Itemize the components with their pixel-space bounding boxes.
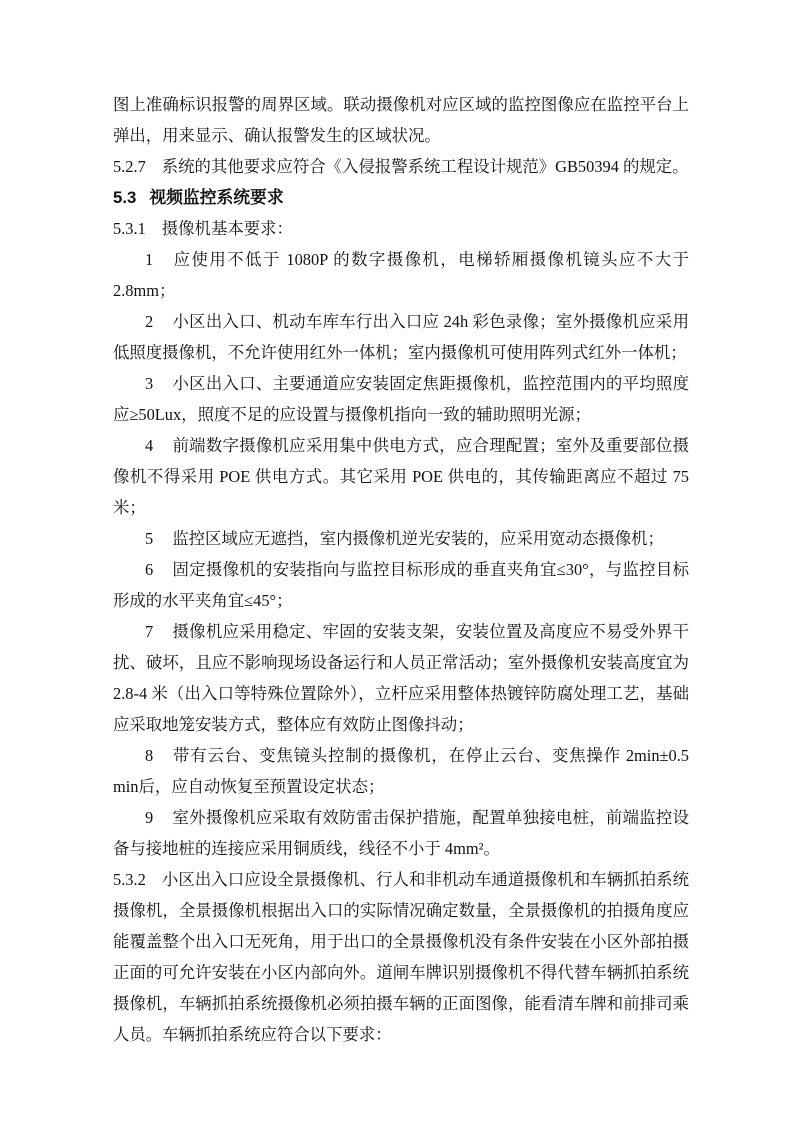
list-item-9: 9室外摄像机应采取有效防雷击保护措施，配置单独接电桩，前端监控设备与接地桩的连接… (113, 802, 689, 864)
clause-number: 5.3.1 (113, 219, 162, 238)
item-number: 6 (145, 560, 172, 579)
item-text: 监控区域应无遮挡，室内摄像机逆光安装的，应采用宽动态摄像机； (172, 529, 664, 548)
paragraph-continuation: 图上准确标识报警的周界区域。联动摄像机对应区域的监控图像应在监控平台上弹出，用来… (113, 89, 689, 151)
list-item-4: 4前端数字摄像机应采用集中供电方式，应合理配置；室外及重要部位摄像机不得采用 P… (113, 430, 689, 523)
section-heading-5-3: 5.3视频监控系统要求 (113, 182, 689, 213)
heading-text: 视频监控系统要求 (149, 188, 283, 207)
item-text: 小区出入口、主要通道应安装固定焦距摄像机，监控范围内的平均照度应≥50Lux，照… (113, 374, 689, 424)
item-text: 带有云台、变焦镜头控制的摄像机，在停止云台、变焦操作 2min±0.5 min后… (113, 746, 689, 796)
item-text: 室外摄像机应采取有效防雷击保护措施，配置单独接电桩，前端监控设备与接地桩的连接应… (113, 808, 689, 858)
document-page: 图上准确标识报警的周界区域。联动摄像机对应区域的监控图像应在监控平台上弹出，用来… (0, 0, 800, 1131)
list-item-1: 1应使用不低于 1080P 的数字摄像机，电梯轿厢摄像机镜头应不大于2.8mm； (113, 244, 689, 306)
list-item-8: 8带有云台、变焦镜头控制的摄像机，在停止云台、变焦操作 2min±0.5 min… (113, 740, 689, 802)
item-number: 5 (145, 529, 172, 548)
item-number: 8 (145, 746, 172, 765)
item-text: 小区出入口、机动车库车行出入口应 24h 彩色录像；室外摄像机应采用低照度摄像机… (113, 312, 689, 362)
list-item-5: 5监控区域应无遮挡，室内摄像机逆光安装的，应采用宽动态摄像机； (113, 523, 689, 554)
item-number: 4 (145, 436, 172, 455)
list-item-3: 3小区出入口、主要通道应安装固定焦距摄像机，监控范围内的平均照度应≥50Lux，… (113, 368, 689, 430)
item-number: 7 (145, 622, 172, 641)
item-text: 固定摄像机的安装指向与监控目标形成的垂直夹角宜≤30°，与监控目标形成的水平夹角… (113, 560, 689, 610)
clause-5-3-2: 5.3.2小区出入口应设全景摄像机、行人和非机动车通道摄像机和车辆抓拍系统摄像机… (113, 864, 689, 1050)
item-number: 3 (145, 374, 172, 393)
clause-text: 小区出入口应设全景摄像机、行人和非机动车通道摄像机和车辆抓拍系统摄像机，全景摄像… (113, 870, 689, 1044)
item-text: 前端数字摄像机应采用集中供电方式，应合理配置；室外及重要部位摄像机不得采用 PO… (113, 436, 689, 517)
list-item-2: 2小区出入口、机动车库车行出入口应 24h 彩色录像；室外摄像机应采用低照度摄像… (113, 306, 689, 368)
item-number: 1 (145, 250, 172, 269)
document-body: 图上准确标识报警的周界区域。联动摄像机对应区域的监控图像应在监控平台上弹出，用来… (113, 89, 689, 1050)
paragraph-text: 图上准确标识报警的周界区域。联动摄像机对应区域的监控图像应在监控平台上弹出，用来… (113, 95, 689, 145)
item-number: 9 (145, 808, 172, 827)
item-text: 应使用不低于 1080P 的数字摄像机，电梯轿厢摄像机镜头应不大于2.8mm； (113, 250, 689, 300)
clause-number: 5.3.2 (113, 870, 162, 889)
heading-number: 5.3 (113, 188, 149, 207)
clause-number: 5.2.7 (113, 157, 162, 176)
clause-5-3-1: 5.3.1摄像机基本要求： (113, 213, 689, 244)
clause-5-2-7: 5.2.7系统的其他要求应符合《入侵报警系统工程设计规范》GB50394 的规定… (113, 151, 689, 182)
clause-text: 系统的其他要求应符合《入侵报警系统工程设计规范》GB50394 的规定。 (162, 157, 689, 176)
list-item-7: 7摄像机应采用稳定、牢固的安装支架，安装位置及高度应不易受外界干扰、破坏，且应不… (113, 616, 689, 740)
list-item-6: 6固定摄像机的安装指向与监控目标形成的垂直夹角宜≤30°，与监控目标形成的水平夹… (113, 554, 689, 616)
clause-text: 摄像机基本要求： (162, 219, 293, 238)
item-number: 2 (145, 312, 172, 331)
item-text: 摄像机应采用稳定、牢固的安装支架，安装位置及高度应不易受外界干扰、破坏，且应不影… (113, 622, 689, 734)
